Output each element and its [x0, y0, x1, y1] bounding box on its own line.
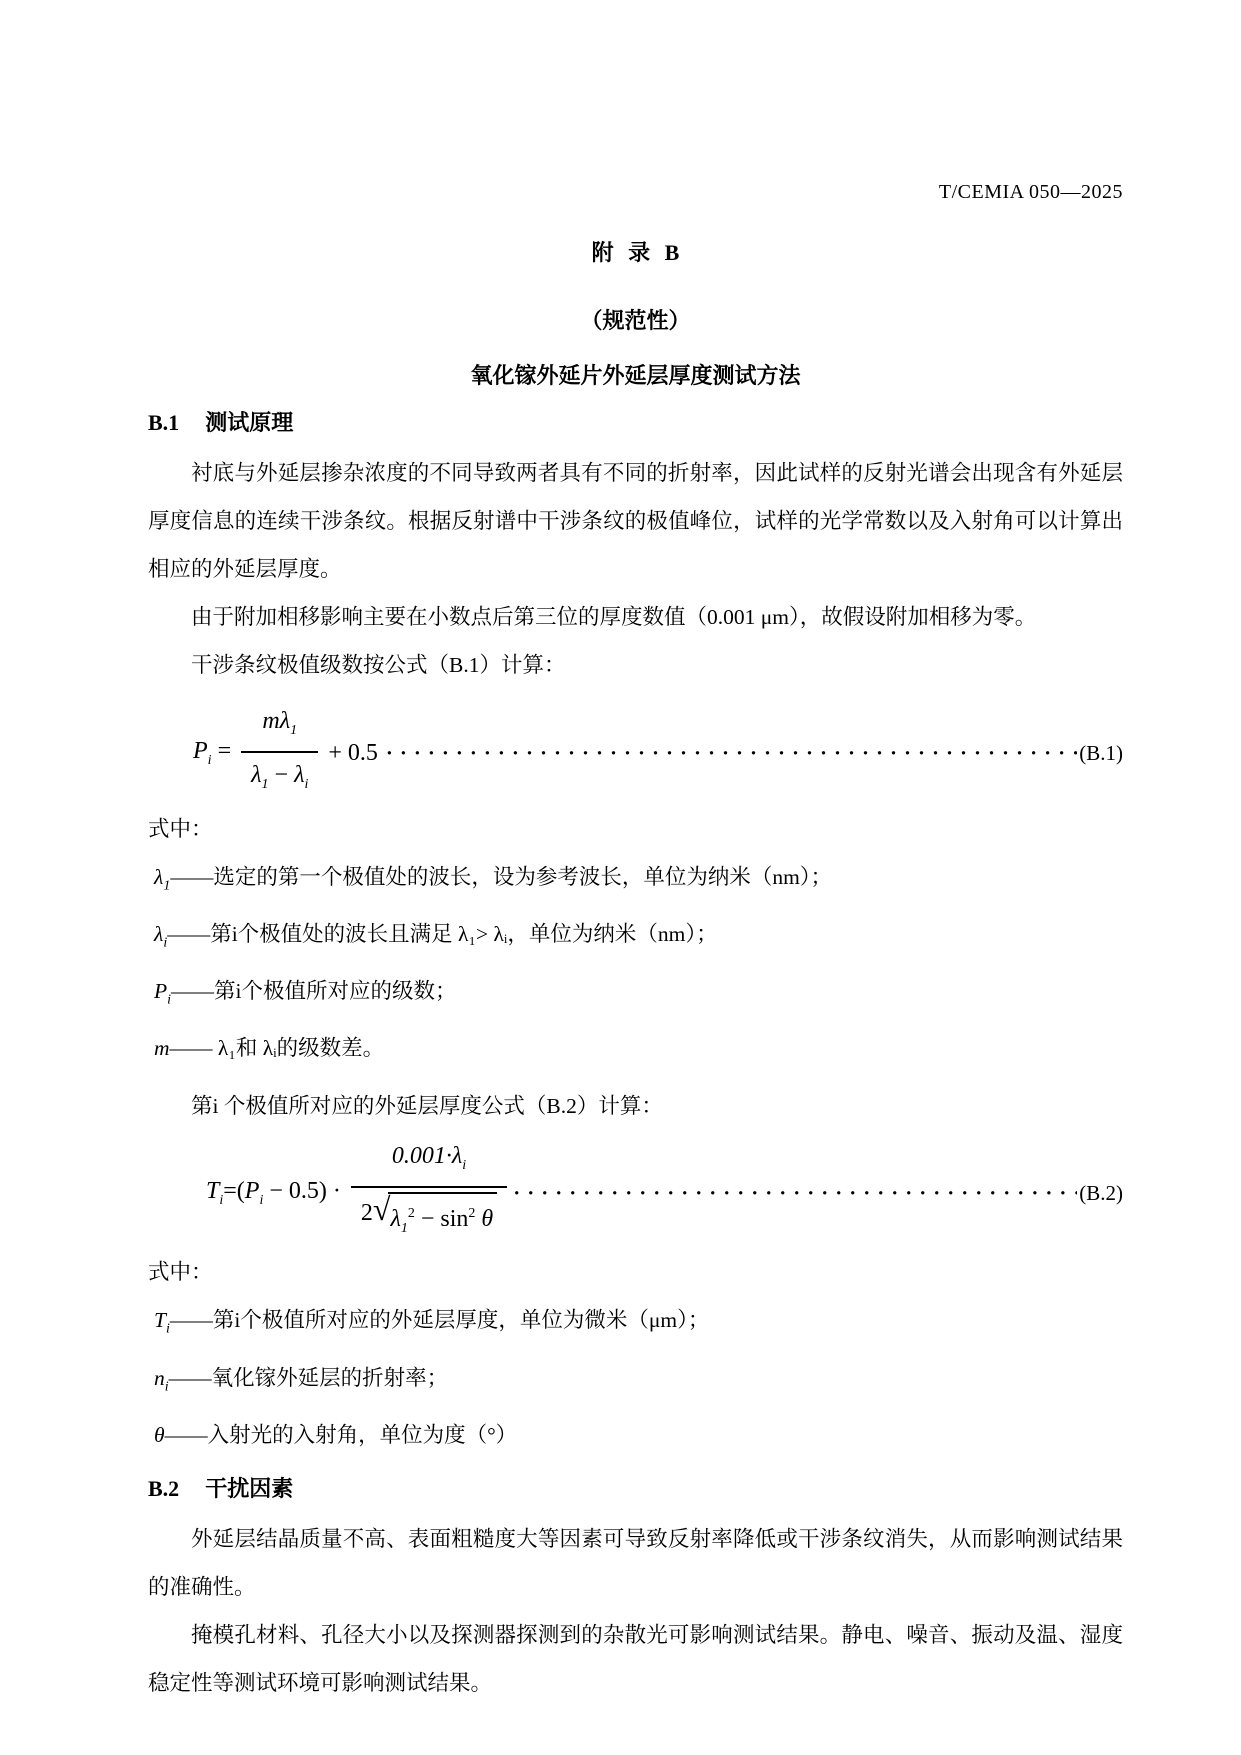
paragraph-formula-b1-intro: 干涉条纹极值级数按公式（B.1）计算： — [148, 641, 1123, 689]
symbol-definition-lambdai: λi——第i个极值处的波长且满足 λ₁> λᵢ，单位为纳米（nm）； — [154, 910, 1123, 967]
document-page: T/CEMIA 050—2025 附 录 B （规范性） 氧化镓外延片外延层厚度… — [0, 0, 1241, 1755]
formula-b2-number: (B.2) — [1079, 1181, 1123, 1206]
symbol-definition-lambda1: λ1——选定的第一个极值处的波长，设为参考波长，单位为纳米（nm）； — [154, 853, 1123, 910]
symbol-definition-pi: Pi——第i个极值所对应的级数； — [154, 967, 1123, 1024]
section-b2-heading: B.2干扰因素 — [148, 1476, 1123, 1502]
paragraph-interference-2: 掩模孔材料、孔径大小以及探测器探测到的杂散光可影响测试结果。静电、噪音、振动及温… — [148, 1611, 1123, 1707]
symbol-definition-ni: ni——氧化镓外延层的折射率； — [154, 1354, 1123, 1411]
paragraph-phase-shift: 由于附加相移影响主要在小数点后第三位的厚度数值（0.001 μm），故假设附加相… — [148, 593, 1123, 641]
formula-b1-expression: Pi= mλ1 λ1−λi + 0.5 — [193, 703, 384, 805]
appendix-title: 附 录 B — [148, 240, 1123, 266]
section-number: B.2 — [148, 1476, 179, 1501]
symbol-definition-theta: θ——入射光的入射角，单位为度（°） — [154, 1411, 1123, 1468]
radicand: λ12 − sin2 θ — [388, 1192, 497, 1247]
document-title: 氧化镓外延片外延层厚度测试方法 — [148, 363, 1123, 389]
fraction: 0.001·λi 2√λ12 − sin2 θ — [351, 1138, 507, 1249]
formula-b2-expression: Ti=(Pi− 0.5) · 0.001·λi 2√λ12 − sin2 θ — [206, 1138, 511, 1249]
square-root: √λ12 − sin2 θ — [373, 1192, 497, 1247]
dot-leader: ········································… — [513, 1181, 1077, 1206]
page-header: T/CEMIA 050—2025 — [148, 180, 1123, 204]
fraction: mλ1 λ1−λi — [241, 703, 318, 805]
formula-b1-lhs: Pi= — [193, 738, 237, 769]
section-number: B.1 — [148, 410, 179, 435]
section-b1-heading: B.1测试原理 — [148, 410, 1123, 436]
formula-b2: Ti=(Pi− 0.5) · 0.001·λi 2√λ12 − sin2 θ ·… — [148, 1138, 1123, 1249]
section-title: 干扰因素 — [205, 1476, 293, 1501]
denominator: λ1−λi — [241, 751, 318, 805]
where-label: 式中： — [148, 805, 1123, 853]
symbol-definition-m: m—— λ₁和 λᵢ的级数差。 — [154, 1024, 1123, 1081]
numerator: 0.001·λi — [351, 1138, 507, 1186]
paragraph-interference-1: 外延层结晶质量不高、表面粗糙度大等因素可导致反射率降低或干涉条纹消失，从而影响测… — [148, 1515, 1123, 1611]
paragraph-formula-b2-intro: 第i 个极值所对应的外延层厚度公式（B.2）计算： — [148, 1082, 1123, 1130]
formula-b1-number: (B.1) — [1079, 741, 1123, 766]
formula-b1: Pi= mλ1 λ1−λi + 0.5 ····················… — [148, 703, 1123, 805]
formula-b1-tail: + 0.5 — [328, 740, 378, 767]
numerator: mλ1 — [241, 703, 318, 751]
denominator: 2√λ12 − sin2 θ — [351, 1186, 507, 1249]
paragraph-principle: 衬底与外延层掺杂浓度的不同导致两者具有不同的折射率，因此试样的反射光谱会出现含有… — [148, 449, 1123, 593]
formula-b2-lhs: Ti=(Pi− 0.5) · — [206, 1178, 347, 1209]
dot-leader: ········································… — [386, 741, 1077, 766]
where-label: 式中： — [148, 1248, 1123, 1296]
section-title: 测试原理 — [205, 410, 293, 435]
symbol-definition-ti: Ti——第i个极值所对应的外延层厚度，单位为微米（μm）； — [154, 1296, 1123, 1353]
normative-label: （规范性） — [148, 308, 1123, 334]
